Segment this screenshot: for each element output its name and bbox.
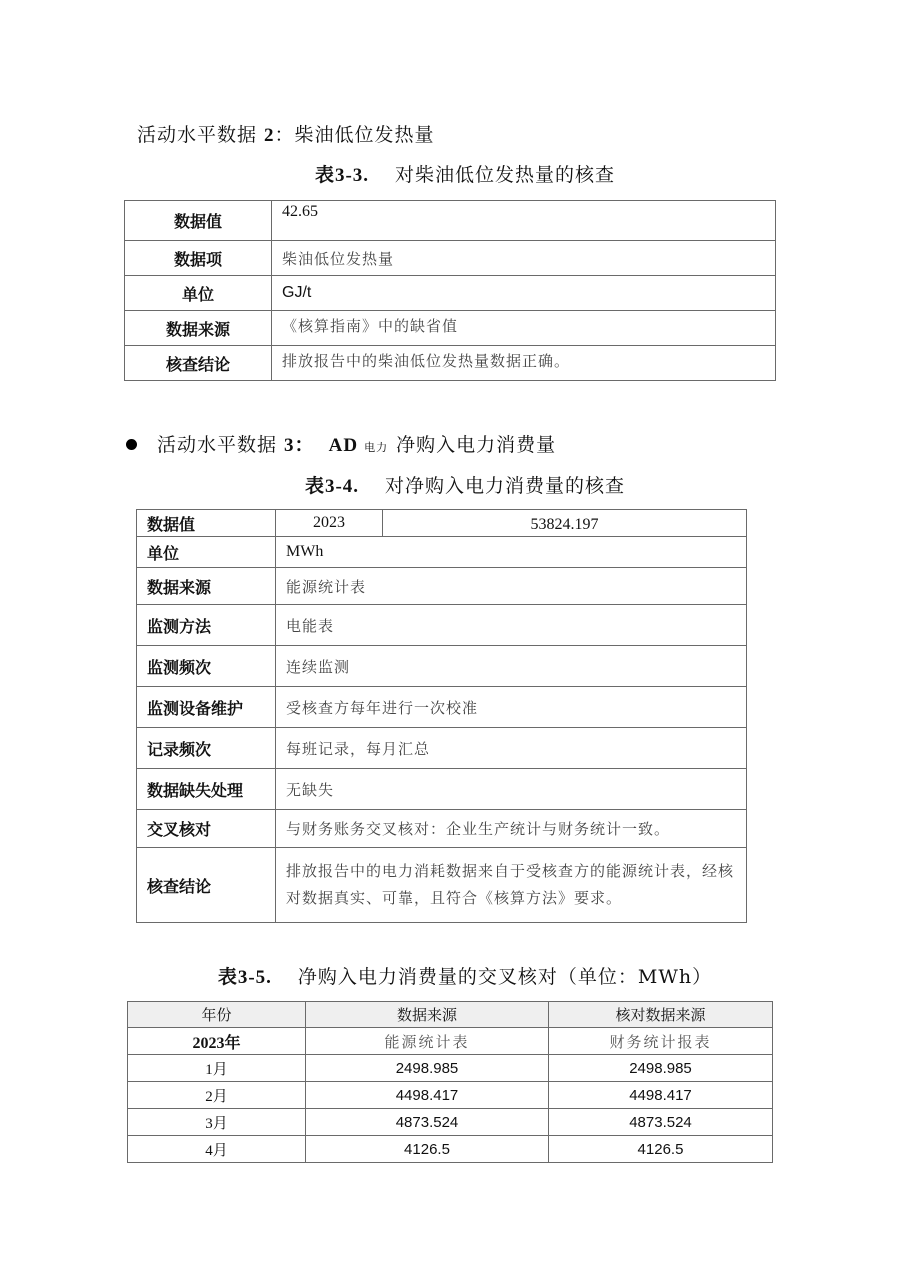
caption-number: 表3-5.	[218, 967, 272, 988]
table-row: 4月 4126.5 4126.5	[128, 1136, 773, 1163]
check-value-cell: 4498.417	[549, 1082, 773, 1109]
row-value: 排放报告中的柴油低位发热量数据正确。	[272, 346, 776, 381]
row-label: 监测频次	[137, 646, 276, 687]
caption-number: 表3-4.	[305, 476, 359, 497]
row-value: 受核查方每年进行一次校准	[276, 687, 747, 728]
row-label: 监测设备维护	[137, 687, 276, 728]
caption-number: 表3-3.	[315, 165, 369, 186]
row-label: 核查结论	[137, 848, 276, 923]
row-label: 单位	[137, 537, 276, 568]
header-year: 年份	[128, 1002, 306, 1028]
heading-text: ：柴油低位发热量	[275, 124, 435, 146]
check-value-cell: 4126.5	[549, 1136, 773, 1163]
row-value: 每班记录，每月汇总	[276, 728, 747, 769]
row-value: 《核算指南》中的缺省值	[272, 311, 776, 346]
heading-text: 活动水平数据	[157, 434, 284, 456]
check-value-cell: 2498.985	[549, 1055, 773, 1082]
table-row: 数据来源 《核算指南》中的缺省值	[125, 311, 776, 346]
table-3-5: 年份 数据来源 核对数据来源 2023年 能源统计表 财务统计报表 1月 249…	[127, 1001, 773, 1163]
heading-text: 净购入电力消费量	[396, 434, 556, 456]
table-row: 监测设备维护 受核查方每年进行一次校准	[137, 687, 747, 728]
heading-number: 2	[264, 125, 275, 146]
table-row: 数据来源 能源统计表	[137, 568, 747, 605]
row-label: 数据值	[125, 201, 272, 241]
table-row: 监测方法 电能表	[137, 605, 747, 646]
check-value-cell: 4873.524	[549, 1109, 773, 1136]
table-row: 数据缺失处理 无缺失	[137, 769, 747, 810]
row-value: 柴油低位发热量	[272, 241, 776, 276]
table-header-row: 年份 数据来源 核对数据来源	[128, 1002, 773, 1028]
table-3-5-caption: 表3-5.净购入电力消费量的交叉核对（单位：MWh）	[0, 962, 900, 989]
row-label: 数据来源	[137, 568, 276, 605]
row-value: GJ/t	[272, 276, 776, 311]
table-row: 2月 4498.417 4498.417	[128, 1082, 773, 1109]
row-label: 单位	[125, 276, 272, 311]
row-value: 排放报告中的电力消耗数据来自于受核查方的能源统计表，经核对数据真实、可靠，且符合…	[276, 848, 747, 923]
table-row: 单位 MWh	[137, 537, 747, 568]
caption-title: 对柴油低位发热量的核查	[395, 164, 615, 186]
table-row: 交叉核对 与财务账务交叉核对：企业生产统计与财务统计一致。	[137, 810, 747, 848]
table-subheader-row: 2023年 能源统计表 财务统计报表	[128, 1028, 773, 1055]
heading-text: 活动水平数据	[137, 124, 264, 146]
row-label: 核查结论	[125, 346, 272, 381]
caption-title: 对净购入电力消费量的核查	[385, 475, 625, 497]
row-value: 连续监测	[276, 646, 747, 687]
row-value: MWh	[276, 537, 747, 568]
table-row: 1月 2498.985 2498.985	[128, 1055, 773, 1082]
table-row: 数据值 2023 53824.197	[137, 510, 747, 537]
row-label: 数据项	[125, 241, 272, 276]
year-value: 2023	[276, 510, 383, 537]
table-row: 数据值 42.65	[125, 201, 776, 241]
table-row: 记录频次 每班记录，每月汇总	[137, 728, 747, 769]
source-value-cell: 4873.524	[306, 1109, 549, 1136]
source-name-cell: 能源统计表	[306, 1028, 549, 1055]
header-data-source: 数据来源	[306, 1002, 549, 1028]
header-check-source: 核对数据来源	[549, 1002, 773, 1028]
table-3-3: 数据值 42.65 数据项 柴油低位发热量 单位 GJ/t 数据来源 《核算指南…	[124, 200, 776, 381]
row-label: 数据值	[137, 510, 276, 537]
bullet-icon	[126, 439, 137, 450]
row-label: 数据来源	[125, 311, 272, 346]
table-row: 3月 4873.524 4873.524	[128, 1109, 773, 1136]
month-cell: 3月	[128, 1109, 306, 1136]
row-label: 监测方法	[137, 605, 276, 646]
table-3-4: 数据值 2023 53824.197 单位 MWh 数据来源 能源统计表 监测方…	[136, 509, 747, 923]
row-label: 交叉核对	[137, 810, 276, 848]
row-value: 无缺失	[276, 769, 747, 810]
heading-subscript: 电力	[364, 441, 388, 454]
row-label: 记录频次	[137, 728, 276, 769]
table-row: 数据项 柴油低位发热量	[125, 241, 776, 276]
section-heading-activity-data-3: 活动水平数据 3： AD电力净购入电力消费量	[126, 430, 556, 457]
table-3-3-caption: 表3-3.对柴油低位发热量的核查	[0, 160, 900, 187]
table-row: 监测频次 连续监测	[137, 646, 747, 687]
total-value: 53824.197	[383, 510, 747, 537]
check-source-name-cell: 财务统计报表	[549, 1028, 773, 1055]
month-cell: 1月	[128, 1055, 306, 1082]
row-value: 42.65	[272, 201, 776, 241]
row-value: 能源统计表	[276, 568, 747, 605]
heading-number: 3：	[284, 435, 315, 456]
row-value: 电能表	[276, 605, 747, 646]
source-value-cell: 4126.5	[306, 1136, 549, 1163]
caption-title: 净购入电力消费量的交叉核对（单位：MWh）	[298, 966, 712, 988]
table-row: 核查结论 排放报告中的柴油低位发热量数据正确。	[125, 346, 776, 381]
table-row: 单位 GJ/t	[125, 276, 776, 311]
heading-ad: AD	[329, 435, 358, 456]
table-3-4-caption: 表3-4.对净购入电力消费量的核查	[0, 471, 900, 498]
source-value-cell: 2498.985	[306, 1055, 549, 1082]
month-cell: 4月	[128, 1136, 306, 1163]
source-value-cell: 4498.417	[306, 1082, 549, 1109]
section-heading-activity-data-2: 活动水平数据 2：柴油低位发热量	[137, 120, 435, 147]
table-row: 核查结论 排放报告中的电力消耗数据来自于受核查方的能源统计表，经核对数据真实、可…	[137, 848, 747, 923]
row-label: 数据缺失处理	[137, 769, 276, 810]
row-value: 与财务账务交叉核对：企业生产统计与财务统计一致。	[276, 810, 747, 848]
year-cell: 2023年	[128, 1028, 306, 1055]
month-cell: 2月	[128, 1082, 306, 1109]
